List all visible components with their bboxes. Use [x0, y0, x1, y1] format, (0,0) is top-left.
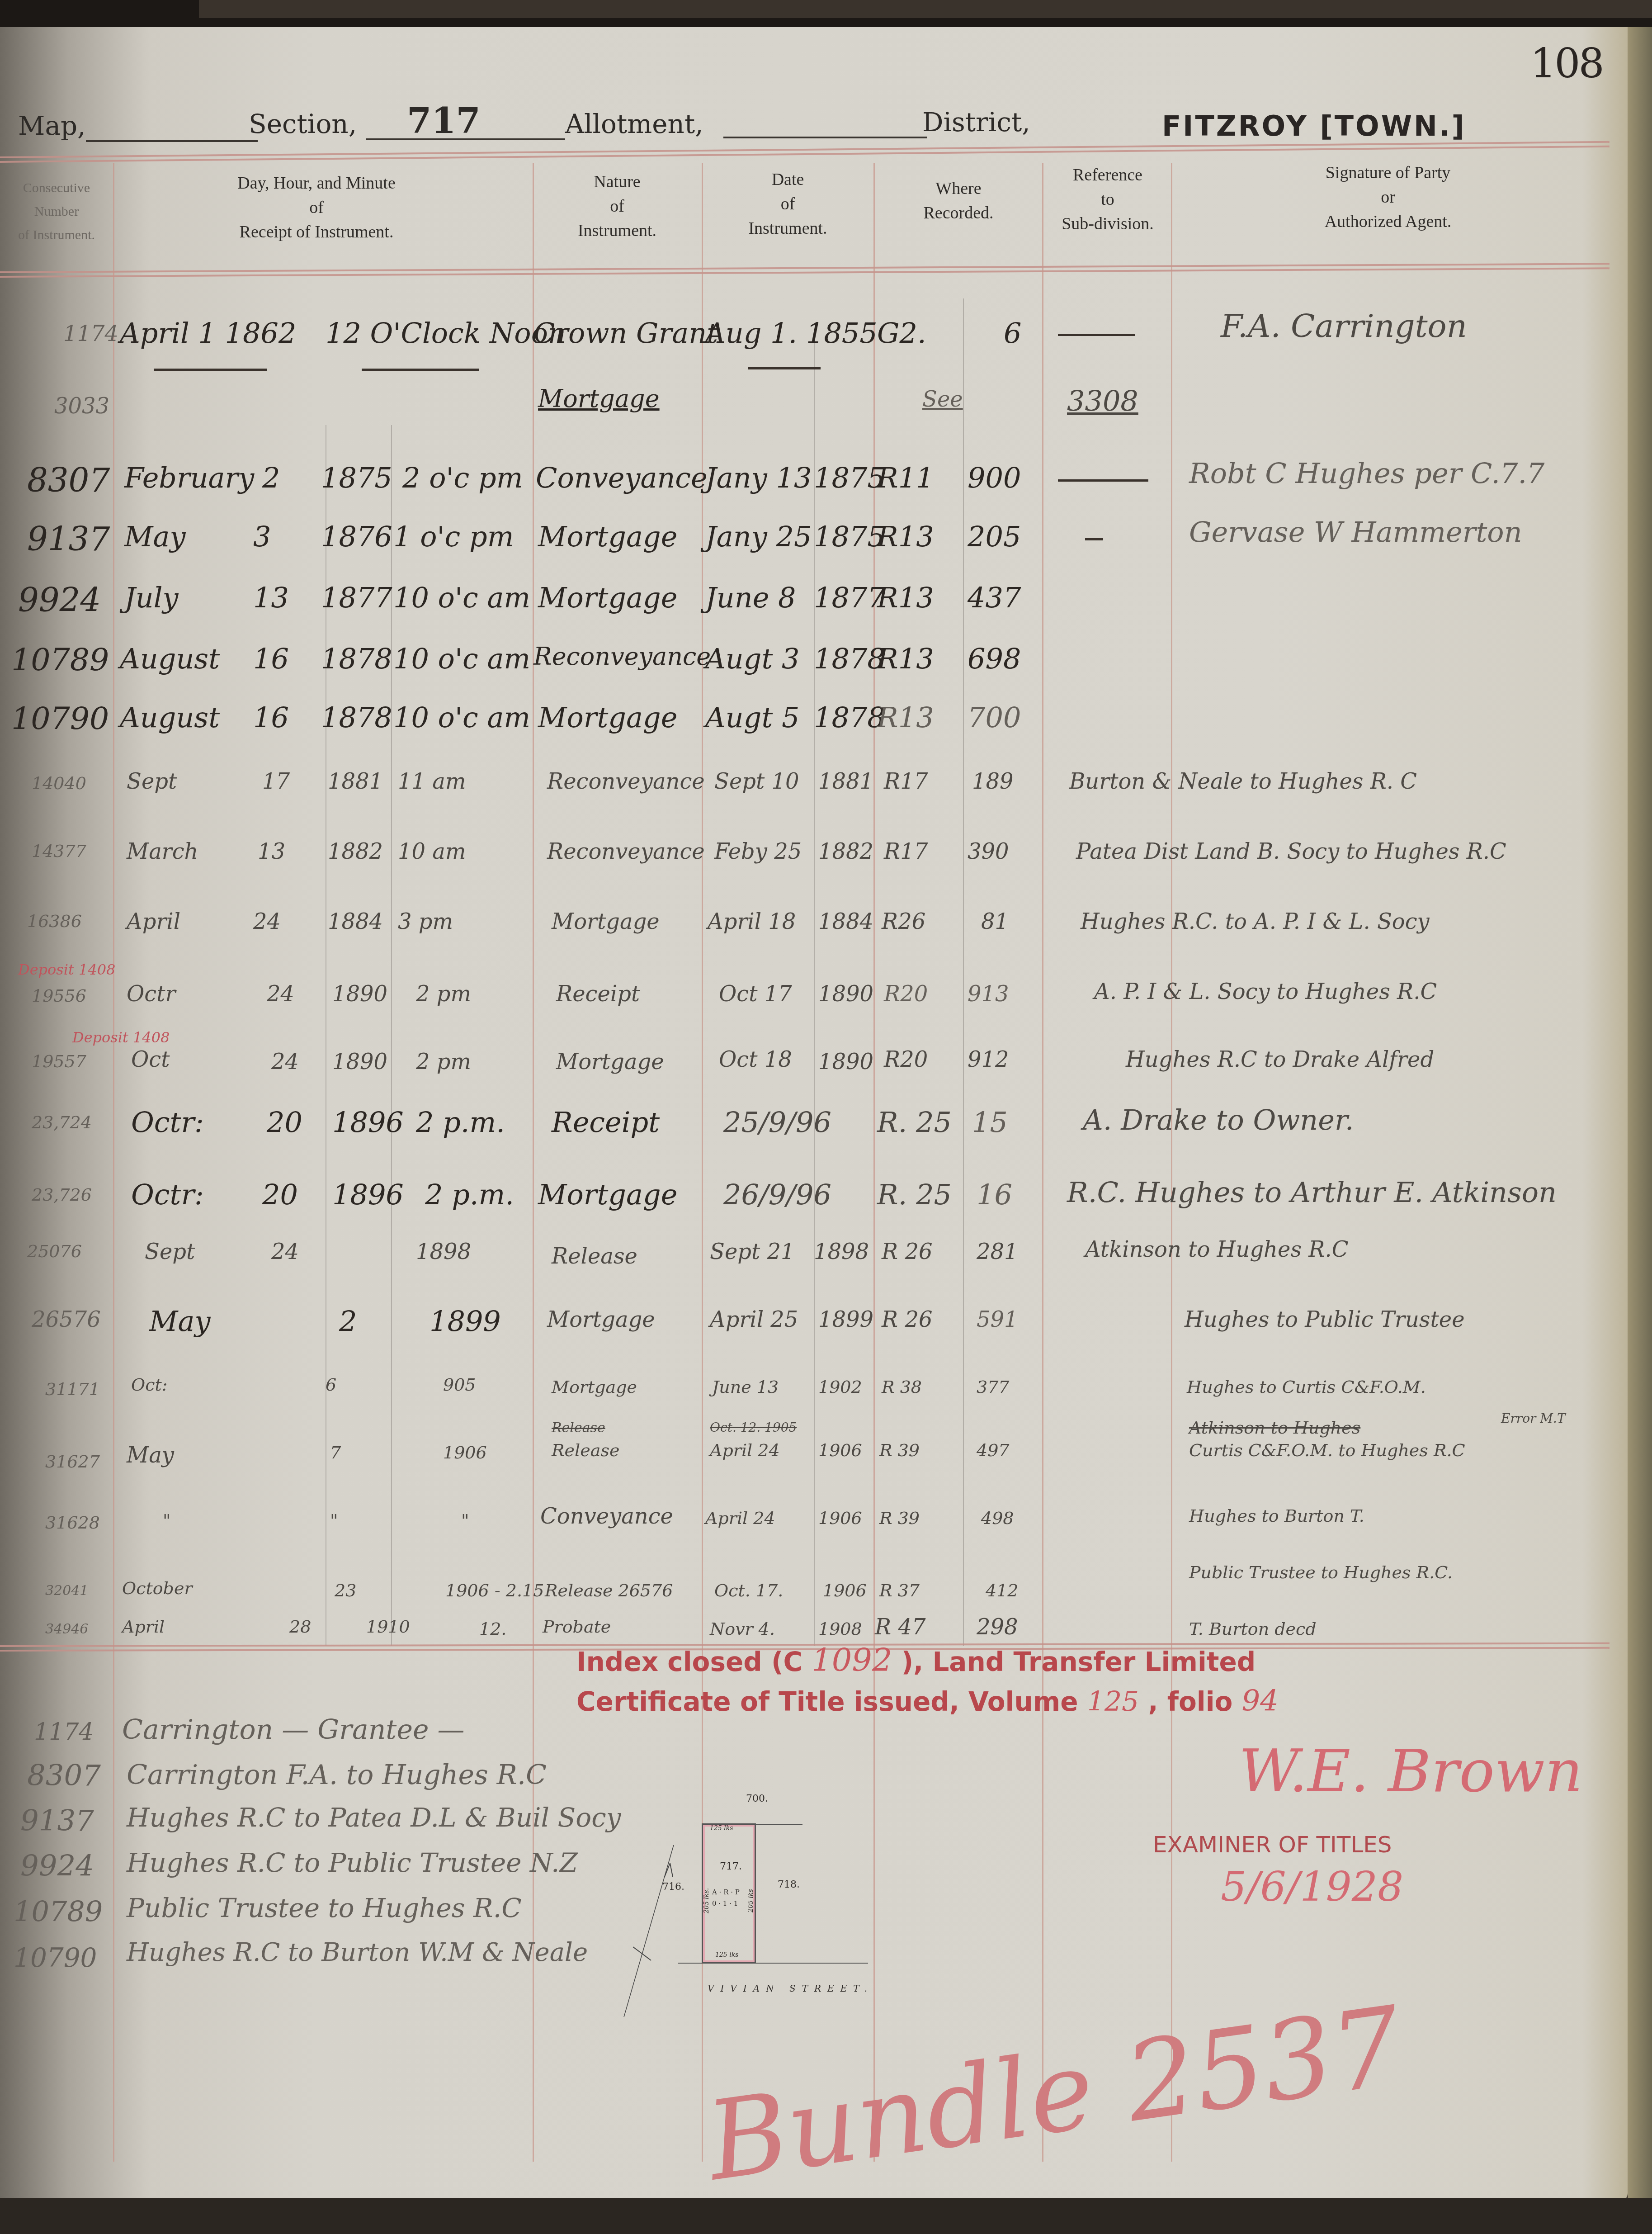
entry-vol: R 39 [879, 1440, 920, 1460]
entry-folio: 912 [968, 1047, 1009, 1072]
entry-receipt-day: 13 [258, 839, 285, 864]
entry-vol: R 26 [882, 1307, 932, 1332]
entry-receipt-day: 20 [267, 1106, 302, 1139]
entry-nature: Mortgage [538, 581, 677, 614]
entry-receipt-time: 2 p.m. [416, 1106, 505, 1139]
entry-no: 23,724 [32, 1112, 92, 1132]
colhead-receipt: Day, Hour, and MinuteofReceipt of Instru… [118, 171, 515, 244]
entry-folio: 6 [1004, 317, 1021, 350]
entry-receipt-time: 3 pm [398, 909, 453, 934]
entry-date-year: 1875 [814, 461, 885, 494]
entry-receipt-year: 1882 [328, 839, 383, 864]
entry-signature: Public Trustee to Hughes R.C. [1189, 1562, 1453, 1582]
entry-receipt-time: 1906 [443, 1443, 487, 1463]
entry-vol: G2. [877, 317, 926, 350]
entry-receipt-day: " [330, 1510, 338, 1530]
entry-no: 32041 [45, 1583, 88, 1599]
entry-date: Novr 4. [710, 1619, 775, 1639]
entry-date: Sept 10 [714, 769, 799, 794]
col-divider [963, 298, 964, 1646]
entry-vol: R. 25 [877, 1106, 952, 1139]
entry-receipt-time: " [461, 1510, 469, 1530]
entry-receipt-day: 24 [253, 909, 281, 934]
entry-receipt-time: 10 am [398, 839, 466, 864]
entry-signature: R.C. Hughes to Arthur E. Atkinson [1067, 1176, 1557, 1209]
entry-nature: Mortgage [552, 1377, 637, 1397]
chain-no: 10790 [14, 1942, 97, 1973]
entry-date-year: 1890 [818, 981, 873, 1007]
entry-no: 26576 [32, 1307, 101, 1332]
plan-left-dim: 205 lks. [703, 1888, 710, 1913]
entry-receipt-day: 2 [262, 461, 280, 494]
entry-receipt-month: October [122, 1578, 193, 1598]
register-page: 108 Map, Section, 717 Allotment, Distric… [0, 27, 1628, 2202]
entry-folio: 698 [968, 642, 1021, 675]
plan-street: VIVIAN STREET. [708, 1983, 873, 1994]
entry-date-year: 1890 [818, 1049, 873, 1074]
entry-receipt-month: July [124, 581, 179, 614]
entry-folio: 437 [968, 581, 1021, 614]
entry-receipt-year: 1875 [321, 461, 392, 494]
entry-receipt-month: May [124, 520, 185, 553]
chain-no: 9924 [20, 1850, 94, 1883]
entry-date: Jany 25 [705, 520, 812, 553]
entry-receipt-month: Octr [127, 981, 175, 1007]
entry-vol: R13 [877, 701, 934, 734]
entry-reference: 3308 [1067, 384, 1138, 417]
entry-receipt-year: 1881 [328, 769, 383, 794]
entry-receipt-year: 1877 [321, 581, 392, 614]
entry-signature: Burton & Neale to Hughes R. C [1069, 769, 1417, 794]
entry-no: 3033 [54, 393, 109, 419]
plan-bottom-dim: 125 lks [715, 1951, 738, 1959]
entry-date: Sept 21 [710, 1239, 795, 1264]
certificate-volume: 125 [1087, 1686, 1139, 1718]
entry-no: 19557 [32, 1051, 86, 1071]
entry-no: 10790 [11, 701, 109, 737]
examiner-signature: W.E. Brown [1239, 1737, 1583, 1805]
col-divider [1042, 163, 1043, 2162]
allotment-label: Allotment, [565, 109, 703, 139]
entry-date: April 25 [710, 1307, 798, 1332]
entry-receipt-time: 2 p.m. [425, 1178, 514, 1211]
entry-receipt-day: 7 [330, 1443, 341, 1463]
entry-nature: Release [552, 1440, 619, 1460]
entry-receipt-day: 16 [253, 642, 289, 675]
chain-text: Carrington — Grantee — [122, 1714, 465, 1746]
chain-text: Hughes R.C to Patea D.L & Buil Socy [127, 1802, 621, 1833]
entry-nature: Release 26576 [545, 1581, 673, 1600]
entry-nature: Reconveyance [547, 769, 705, 794]
entry-nature: Reconveyance [547, 839, 705, 864]
entry-date: Feby 25 [714, 839, 802, 864]
entry-receipt-month: February [124, 461, 254, 494]
index-closed-stamp: Index closed (C 1092 ), Land Transfer Li… [576, 1642, 1256, 1679]
entry-receipt-day: 3 [253, 520, 271, 553]
entry-folio: 281 [977, 1239, 1018, 1264]
entry-receipt-month: " [163, 1510, 170, 1530]
entry-nature: Mortgage [556, 1049, 664, 1074]
entry-nature: Mortgage [538, 384, 660, 413]
entry-no: 25076 [27, 1241, 82, 1261]
entry-no: 14040 [32, 773, 86, 793]
entry-nature: Conveyance [536, 461, 708, 494]
section-label: Section, [249, 109, 357, 139]
entry-vol: R 47 [875, 1614, 925, 1640]
entry-receipt-time: 2 pm [416, 981, 471, 1007]
entry-date: Aug 1. 1855 [705, 317, 878, 350]
entry-vol: See [922, 387, 963, 412]
map-field [86, 140, 258, 142]
certificate-folio: 94 [1242, 1685, 1279, 1718]
entry-reference-dash [1058, 334, 1135, 336]
chain-text: Public Trustee to Hughes R.C [127, 1893, 522, 1923]
entry-vol: R11 [877, 461, 934, 494]
chain-no: 10789 [14, 1895, 103, 1928]
chain-text: Hughes R.C to Public Trustee N.Z [127, 1847, 578, 1878]
entry-date-year: 1902 [818, 1377, 862, 1397]
district-label: District, [922, 107, 1030, 137]
entry-date: Augt 5 [705, 701, 799, 734]
entry-vol: R17 [884, 839, 928, 864]
entry-error-note: Error M.T [1501, 1411, 1566, 1426]
entry-no: 16386 [27, 911, 82, 931]
certificate-stamp: Certificate of Title issued, Volume 125 … [576, 1685, 1279, 1718]
chain-no: 1174 [34, 1718, 94, 1746]
entry-signature: Curtis C&F.O.M. to Hughes R.C [1189, 1440, 1465, 1460]
entry-receipt-month: May [127, 1443, 174, 1468]
entry-vol: R 39 [879, 1508, 920, 1528]
entry-receipt-day: 24 [271, 1239, 299, 1264]
entry-folio: 700 [968, 701, 1021, 734]
entry-signature: Hughes R.C. to A. P. I & L. Socy [1081, 909, 1430, 934]
chain-no: 9137 [20, 1804, 94, 1838]
entry-nature: Mortgage [547, 1307, 655, 1332]
entry-receipt-time: 905 [443, 1375, 476, 1395]
entry-no: 34946 [45, 1621, 88, 1637]
entry-receipt-time: 10 o'c am [393, 701, 530, 734]
entry-date-dash [748, 367, 821, 369]
entry-no: 31627 [45, 1452, 100, 1472]
entry-receipt-time: 11 am [398, 769, 466, 794]
entry-receipt-time: 12 O'Clock Noon [326, 317, 566, 350]
entry-receipt-time: 1899 [430, 1305, 501, 1338]
entry-time-dash [362, 369, 479, 371]
entry-receipt-month: Octr: [131, 1106, 204, 1139]
entry-nature: Crown Grant [533, 317, 718, 350]
entry-signature: T. Burton decd [1189, 1619, 1317, 1639]
entry-folio: 189 [972, 769, 1014, 794]
entry-receipt-month: Sept [145, 1239, 195, 1264]
entry-nature: Mortgage [538, 701, 677, 734]
index-closed-suffix: ), Land Transfer Limited [902, 1647, 1256, 1677]
col-divider [1171, 163, 1172, 2162]
entry-folio: 298 [977, 1614, 1018, 1640]
entry-vol: R 26 [882, 1239, 932, 1264]
examiner-label: EXAMINER OF TITLES [1153, 1832, 1392, 1858]
entry-date-year: 1875 [814, 520, 885, 553]
entry-receipt-time: 1898 [416, 1239, 471, 1264]
entry-signature: F.A. Carrington [1221, 308, 1467, 345]
plan-right-dim: 205 lks [747, 1889, 755, 1912]
entry-date: April 24 [705, 1508, 775, 1528]
entry-receipt-day: 16 [253, 701, 289, 734]
entry-folio: 497 [977, 1440, 1010, 1460]
examiner-date: 5/6/1928 [1221, 1863, 1403, 1911]
section-value: 717 [407, 100, 481, 142]
chain-text: Hughes R.C to Burton W.M & Neale [127, 1938, 588, 1967]
entry-date: April 24 [710, 1440, 780, 1460]
entry-folio: 15 [972, 1106, 1008, 1139]
entry-no: 9137 [27, 520, 110, 558]
entry-receipt-time: 10 o'c am [393, 642, 530, 675]
entry-nature: Conveyance [540, 1504, 673, 1529]
entry-date-year: 1908 [818, 1619, 862, 1639]
entry-vol: R13 [877, 642, 934, 675]
entry-vol: R17 [884, 769, 928, 794]
entry-vol: R13 [877, 520, 934, 553]
entry-date-year: 1877 [814, 581, 885, 614]
survey-plan: 700. 125 lks 717. 716. 718. 205 lks. 205… [601, 1768, 986, 2017]
entry-vol: R26 [882, 909, 925, 934]
entry-signature: Patea Dist Land B. Socy to Hughes R.C [1076, 839, 1506, 864]
entry-receipt-time: 2 o'c pm [402, 461, 523, 494]
page-number: 108 [1530, 40, 1603, 87]
entry-date-struck: Oct. 12. 1905 [710, 1420, 797, 1435]
entry-folio: 205 [968, 520, 1021, 553]
entry-receipt-year: 1878 [321, 701, 392, 734]
plan-area-header: A · R · P [712, 1888, 740, 1896]
plan-top-dim: 125 lks [710, 1825, 733, 1832]
entry-receipt-month: April 1 1862 [120, 317, 296, 350]
index-closed-label: Index closed (C [576, 1647, 802, 1677]
entry-receipt-month: Sept [127, 769, 177, 794]
entry-receipt-time: 2 pm [416, 1049, 471, 1074]
entry-folio: 591 [977, 1307, 1018, 1332]
entry-no: 31628 [45, 1513, 100, 1533]
north-arrow-icon [619, 1845, 687, 2017]
entry-vol: R20 [884, 981, 928, 1007]
plan-lot-number: 717. [720, 1861, 742, 1872]
entry-folio: 377 [977, 1377, 1010, 1397]
entry-no: 8307 [27, 461, 110, 499]
folio-label: , folio [1148, 1686, 1232, 1717]
entry-no: 10789 [11, 642, 109, 678]
entry-signature: Hughes R.C to Drake Alfred [1126, 1047, 1434, 1072]
entry-signature: Robt C Hughes per C.7.7 [1189, 457, 1545, 490]
allotment-field [723, 137, 927, 138]
entry-folio: 390 [968, 839, 1009, 864]
entry-receipt-year: 1896 [332, 1178, 404, 1211]
entry-date: Oct 17 [719, 981, 792, 1007]
entry-date: 26/9/96 [723, 1178, 831, 1211]
entry-nature: Mortgage [538, 520, 677, 553]
entry-receipt-day: 20 [262, 1178, 298, 1211]
entry-receipt-month: April [127, 909, 180, 934]
entry-vol: R13 [877, 581, 934, 614]
colhead-signature: Signature of PartyorAuthorized Agent. [1171, 161, 1605, 234]
entry-date-year: 1878 [814, 701, 885, 734]
entry-receipt-day: 28 [289, 1617, 311, 1637]
entry-receipt-month: April [122, 1617, 165, 1637]
entry-no: 14377 [32, 841, 86, 861]
plan-area-value: 0 · 1 · 1 [712, 1899, 738, 1907]
district-value: FITZROY [TOWN.] [1162, 109, 1466, 142]
entry-receipt-day: 2 [339, 1305, 357, 1338]
entry-date: Jany 13 [705, 461, 812, 494]
entry-receipt-year: 1890 [332, 1049, 387, 1074]
entry-margin-note: Deposit 1408 [72, 1029, 170, 1046]
entry-signature-struck: Atkinson to Hughes [1189, 1418, 1360, 1438]
entry-receipt-month: Oct [131, 1047, 170, 1072]
entry-vol: R20 [884, 1047, 928, 1072]
book-edge-right [1628, 27, 1652, 2234]
entry-nature: Mortgage [552, 909, 660, 934]
entry-folio: 81 [981, 909, 1009, 934]
entry-date: 25/9/96 [723, 1106, 831, 1139]
entry-date-year: 1881 [818, 769, 873, 794]
entry-nature: Reconveyance [533, 642, 711, 671]
colhead-reference: ReferencetoSub-division. [1042, 163, 1173, 236]
entry-receipt-time: 1 o'c pm [393, 520, 514, 553]
entry-folio: 498 [981, 1508, 1014, 1528]
book-binding-top [0, 0, 1652, 27]
entry-signature: A. Drake to Owner. [1083, 1103, 1354, 1136]
entry-receipt-time: 10 o'c am [393, 581, 530, 614]
entry-receipt-year: 1910 [366, 1617, 410, 1637]
entry-nature: Receipt [552, 1106, 660, 1139]
entry-signature: Hughes to Public Trustee [1185, 1307, 1465, 1332]
entry-receipt-day: 17 [262, 769, 290, 794]
header-rule-bottom-2 [0, 267, 1610, 278]
entry-date-year: 1882 [818, 839, 873, 864]
entry-nature: Release [552, 1244, 637, 1269]
entry-receipt-month: May [149, 1305, 210, 1338]
entry-no: 9924 [18, 581, 101, 619]
entry-receipt-day: 13 [253, 581, 289, 614]
entry-receipt-day: 24 [267, 981, 294, 1007]
plan-north-lot: 700. [746, 1793, 768, 1804]
entry-folio: 900 [968, 461, 1021, 494]
entry-receipt-time: 12. [479, 1619, 506, 1639]
entry-date-year: 1899 [818, 1307, 873, 1332]
entry-nature-struck: Release [552, 1420, 605, 1436]
entry-vol: R. 25 [877, 1178, 952, 1211]
entry-receipt-year: 1890 [332, 981, 387, 1007]
entry-date: April 18 [708, 909, 796, 934]
entry-receipt-month: August [120, 642, 220, 675]
entry-receipt-year: 1884 [328, 909, 383, 934]
entry-receipt-dash [154, 369, 267, 371]
index-closed-number: 1092 [812, 1642, 892, 1679]
entry-signature: Hughes to Burton T. [1189, 1506, 1364, 1526]
entry-folio: 913 [968, 981, 1009, 1007]
entry-receipt-day: 6 [326, 1375, 336, 1395]
entry-vol: R 38 [882, 1377, 922, 1397]
entry-signature: Gervase W Hammerton [1189, 516, 1522, 549]
entry-no: 1174 [63, 321, 118, 346]
entry-receipt-month: Oct: [131, 1375, 168, 1395]
chain-text: Carrington F.A. to Hughes R.C [127, 1759, 547, 1791]
entry-receipt-year: 1896 [332, 1106, 404, 1139]
entry-signature: A. P. I & L. Socy to Hughes R.C [1094, 979, 1437, 1004]
col-divider [113, 163, 114, 2162]
entry-no: 31171 [45, 1379, 100, 1399]
entry-signature: Atkinson to Hughes R.C [1085, 1237, 1348, 1262]
entry-date: Oct. 17. [714, 1581, 783, 1600]
book-binding-bottom [0, 2198, 1652, 2234]
entry-nature: Mortgage [538, 1178, 677, 1211]
entry-nature: Probate [543, 1617, 611, 1637]
entry-receipt-year: 1878 [321, 642, 392, 675]
entry-date-year: 1906 [823, 1581, 867, 1600]
entry-date-year: 1898 [814, 1239, 869, 1264]
entry-folio: 412 [986, 1581, 1019, 1600]
entry-receipt-time: 1906 - 2.15 [445, 1581, 544, 1600]
entry-folio: 16 [977, 1178, 1012, 1211]
entry-date: Augt 3 [705, 642, 799, 675]
colhead-consecutive: ConsecutiveNumberof Instrument. [0, 176, 113, 247]
entry-date: June 13 [712, 1377, 779, 1397]
entry-nature: Receipt [556, 981, 640, 1007]
entry-reference-dash [1085, 538, 1103, 540]
plan-east-lot: 718. [778, 1879, 800, 1890]
entry-receipt-year: 1876 [321, 520, 392, 553]
entry-margin-note: Deposit 1408 [18, 961, 115, 978]
entry-no: 19556 [32, 986, 86, 1006]
entry-reference-dash [1058, 479, 1148, 482]
colhead-where-recorded: WhereRecorded. [875, 176, 1042, 225]
plan-bottom-boundary [678, 1963, 868, 1964]
entry-receipt-day: 24 [271, 1049, 299, 1074]
entry-date-year: 1884 [818, 909, 873, 934]
entry-date-year: 1878 [814, 642, 885, 675]
colhead-date: DateofInstrument. [703, 167, 873, 241]
certificate-label: Certificate of Title issued, Volume [576, 1686, 1078, 1717]
entry-receipt-month: Octr: [131, 1178, 204, 1211]
entry-no: 23,726 [32, 1185, 92, 1205]
entry-date-year: 1906 [818, 1440, 862, 1460]
entry-receipt-month: August [120, 701, 220, 734]
map-label: Map, [18, 110, 86, 141]
entry-signature: Hughes to Curtis C&F.O.M. [1187, 1377, 1426, 1397]
entry-date: June 8 [705, 581, 796, 614]
entry-date-year: 1906 [818, 1508, 862, 1528]
entry-vol: R 37 [879, 1581, 920, 1600]
entry-receipt-day: 23 [335, 1581, 356, 1600]
colhead-nature: NatureofInstrument. [533, 170, 701, 243]
chain-no: 8307 [27, 1759, 101, 1793]
entry-date: Oct 18 [719, 1047, 792, 1072]
entry-receipt-month: March [127, 839, 198, 864]
